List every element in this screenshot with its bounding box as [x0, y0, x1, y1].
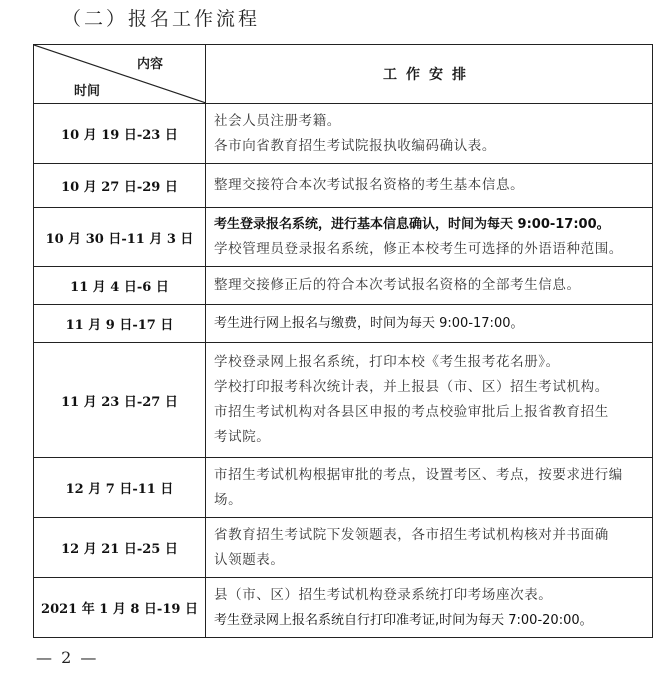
diagonal-line — [34, 45, 206, 103]
work-item-line: 各市向省教育招生考试院报执收编码确认表。 — [214, 134, 652, 159]
page-number: — 2 — — [36, 648, 98, 667]
work-item-line: 认领题表。 — [214, 548, 652, 573]
work-item-line: 学校打印报考科次统计表，并上报县（市、区）招生考试机构。 — [214, 375, 652, 400]
work-item-line: 考生登录网上报名系统自行打印准考证,时间为每天 7:00-20:00。 — [214, 608, 652, 633]
work-item-line: 学校管理员登录报名系统，修正本校考生可选择的外语语种范围。 — [214, 237, 652, 262]
date-range-cell: 10 月 19 日-23 日 — [34, 104, 206, 164]
work-item-line: 县（市、区）招生考试机构登录系统打印考场座次表。 — [214, 583, 652, 608]
work-item-line: 考生进行网上报名与缴费，时间为每天 9:00-17:00。 — [214, 311, 652, 336]
date-range-cell: 2021 年 1 月 8 日-19 日 — [34, 578, 206, 638]
work-arrangement-cell: 整理交接符合本次考试报名资格的考生基本信息。 — [206, 164, 653, 208]
table-row: 12 月 21 日-25 日省教育招生考试院下发领题表，各市招生考试机构核对并书… — [34, 518, 653, 578]
table-row: 10 月 19 日-23 日社会人员注册考籍。各市向省教育招生考试院报执收编码确… — [34, 104, 653, 164]
table-row: 11 月 23 日-27 日学校登录网上报名系统，打印本校《考生报考花名册》。学… — [34, 343, 653, 458]
work-item-line: 市招生考试机构根据审批的考点，设置考区、考点，按要求进行编 — [214, 463, 652, 488]
work-arrangement-cell: 学校登录网上报名系统，打印本校《考生报考花名册》。学校打印报考科次统计表，并上报… — [206, 343, 653, 458]
registration-schedule-table: 内容 时间 工作安排 10 月 19 日-23 日社会人员注册考籍。各市向省教育… — [33, 44, 653, 638]
table-header-row: 内容 时间 工作安排 — [34, 45, 653, 104]
work-item-line: 整理交接符合本次考试报名资格的考生基本信息。 — [214, 173, 652, 198]
diagonal-header-cell: 内容 时间 — [34, 45, 206, 104]
date-range-cell: 10 月 27 日-29 日 — [34, 164, 206, 208]
section-title: （二）报名工作流程 — [62, 4, 260, 31]
date-range-cell: 11 月 9 日-17 日 — [34, 305, 206, 343]
date-range-cell: 11 月 4 日-6 日 — [34, 267, 206, 305]
work-item-line: 考试院。 — [214, 425, 652, 450]
work-arrangement-cell: 县（市、区）招生考试机构登录系统打印考场座次表。考生登录网上报名系统自行打印准考… — [206, 578, 653, 638]
work-arrangement-cell: 整理交接修正后的符合本次考试报名资格的全部考生信息。 — [206, 267, 653, 305]
work-item-line: 社会人员注册考籍。 — [214, 109, 652, 134]
work-arrangement-cell: 市招生考试机构根据审批的考点，设置考区、考点，按要求进行编场。 — [206, 458, 653, 518]
work-arrangement-cell: 省教育招生考试院下发领题表，各市招生考试机构核对并书面确认领题表。 — [206, 518, 653, 578]
header-time-label: 时间 — [74, 80, 100, 99]
work-arrangement-cell: 考生登录报名系统，进行基本信息确认，时间为每天 9:00-17:00。学校管理员… — [206, 208, 653, 267]
date-range-cell: 11 月 23 日-27 日 — [34, 343, 206, 458]
work-item-line: 整理交接修正后的符合本次考试报名资格的全部考生信息。 — [214, 273, 652, 298]
table-row: 12 月 7 日-11 日市招生考试机构根据审批的考点，设置考区、考点，按要求进… — [34, 458, 653, 518]
header-content-label: 内容 — [137, 53, 163, 72]
work-arrangement-cell: 社会人员注册考籍。各市向省教育招生考试院报执收编码确认表。 — [206, 104, 653, 164]
table-row: 2021 年 1 月 8 日-19 日县（市、区）招生考试机构登录系统打印考场座… — [34, 578, 653, 638]
table-row: 10 月 30 日-11 月 3 日考生登录报名系统，进行基本信息确认，时间为每… — [34, 208, 653, 267]
table-row: 11 月 4 日-6 日整理交接修正后的符合本次考试报名资格的全部考生信息。 — [34, 267, 653, 305]
work-item-line: 场。 — [214, 488, 652, 513]
date-range-cell: 10 月 30 日-11 月 3 日 — [34, 208, 206, 267]
table-row: 10 月 27 日-29 日整理交接符合本次考试报名资格的考生基本信息。 — [34, 164, 653, 208]
work-item-line: 省教育招生考试院下发领题表，各市招生考试机构核对并书面确 — [214, 523, 652, 548]
work-item-line: 考生登录报名系统，进行基本信息确认，时间为每天 9:00-17:00。 — [214, 212, 652, 237]
table-row: 11 月 9 日-17 日考生进行网上报名与缴费，时间为每天 9:00-17:0… — [34, 305, 653, 343]
work-arrangement-cell: 考生进行网上报名与缴费，时间为每天 9:00-17:00。 — [206, 305, 653, 343]
header-work-arrangement: 工作安排 — [206, 45, 653, 104]
work-item-line: 学校登录网上报名系统，打印本校《考生报考花名册》。 — [214, 350, 652, 375]
date-range-cell: 12 月 21 日-25 日 — [34, 518, 206, 578]
work-item-line: 市招生考试机构对各县区申报的考点校验审批后上报省教育招生 — [214, 400, 652, 425]
date-range-cell: 12 月 7 日-11 日 — [34, 458, 206, 518]
